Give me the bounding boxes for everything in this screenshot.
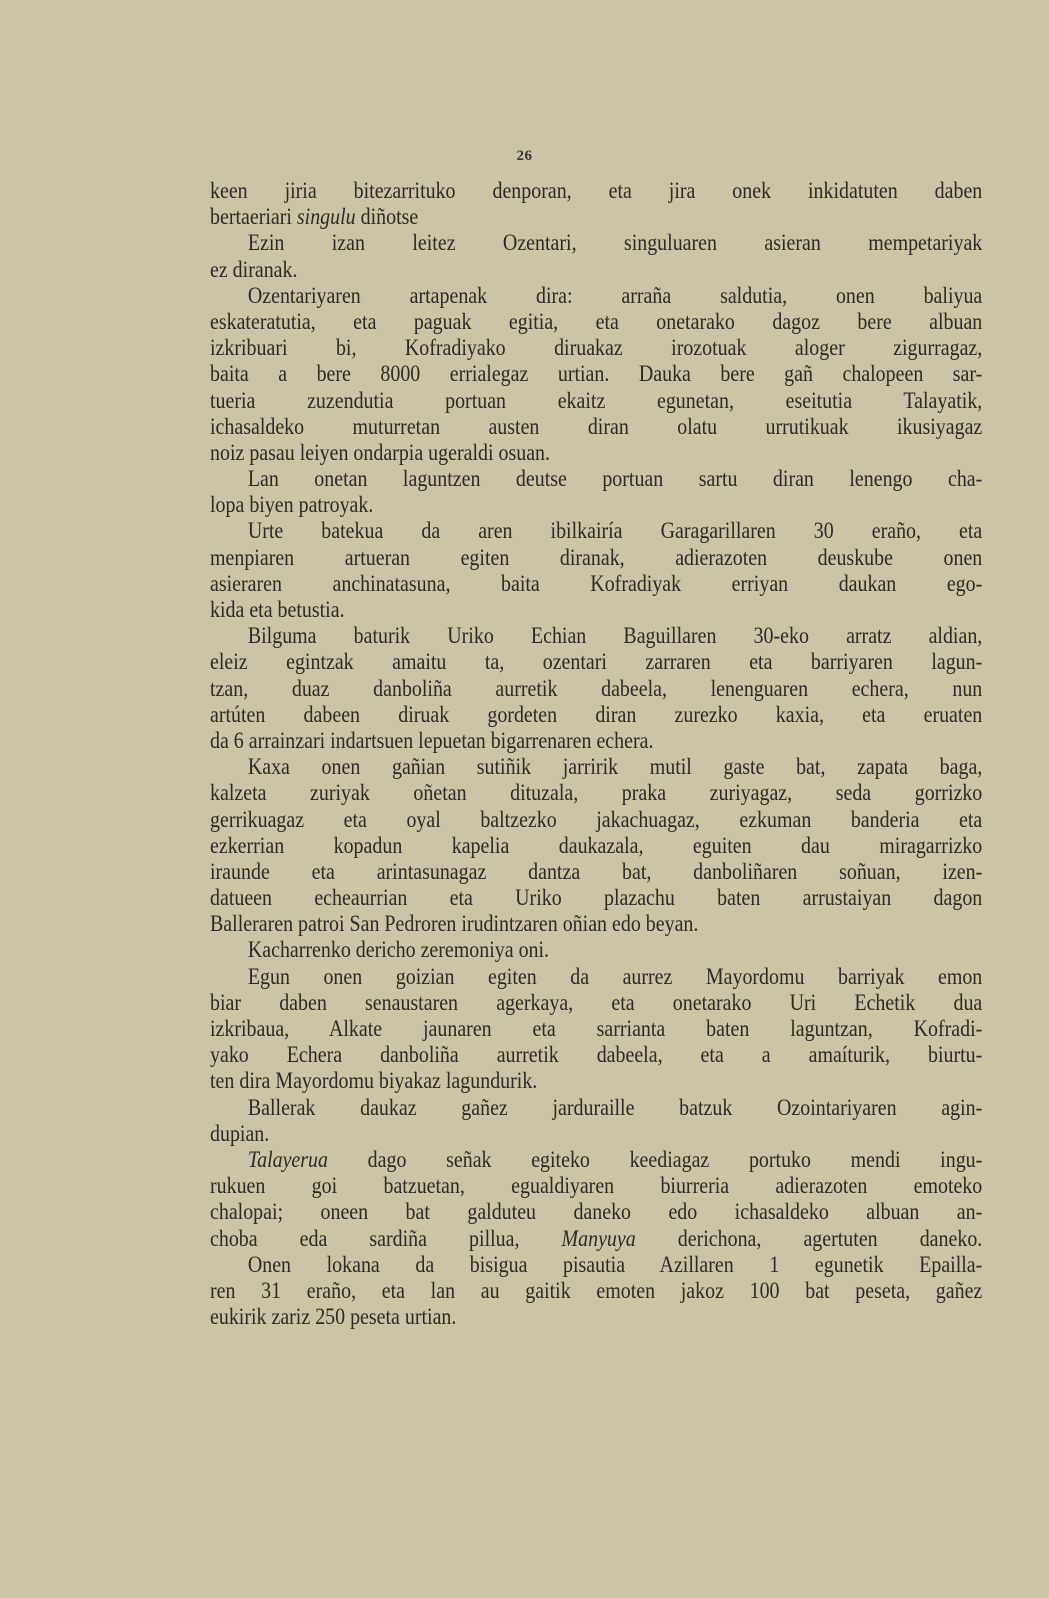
text-line: dupian. — [210, 1121, 982, 1147]
paragraph: Onen lokana da bisigua pisautia Azillare… — [210, 1252, 982, 1331]
italic-term: singulu — [297, 204, 356, 230]
text-line: ezkerrian kopadun kapelia daukazala, egu… — [210, 833, 982, 859]
text-line: bertaeriari singulu diñotse — [210, 204, 982, 230]
text-line: Ozentariyaren artapenak dira: arraña sal… — [210, 283, 982, 309]
text-line: Balleraren patroi San Pedroren irudintza… — [210, 911, 982, 937]
body-text: keen jiria bitezarrituko denporan, eta j… — [210, 178, 982, 1330]
text-line: ten dira Mayordomu biyakaz lagundurik. — [210, 1068, 982, 1094]
text-line: lopa biyen patroyak. — [210, 492, 982, 518]
text-line: ez diranak. — [210, 257, 982, 283]
text-line: biar daben senaustaren agerkaya, eta one… — [210, 990, 982, 1016]
paragraph: Urte batekua da aren ibilkairía Garagari… — [210, 518, 982, 623]
italic-term: Talayerua — [248, 1147, 328, 1173]
text-line: yako Echera danboliña aurretik dabeela, … — [210, 1042, 982, 1068]
text-run: bertaeriari — [210, 204, 297, 230]
text-line: Ballerak daukaz gañez jarduraille batzuk… — [210, 1095, 982, 1121]
paragraph: Ezin izan leitez Ozentari, singuluaren a… — [210, 230, 982, 282]
paragraph: keen jiria bitezarrituko denporan, eta j… — [210, 178, 982, 230]
text-line: choba eda sardiña pillua, Manyuya derich… — [210, 1226, 982, 1252]
text-line: keen jiria bitezarrituko denporan, eta j… — [210, 178, 982, 204]
text-line: eskateratutia, eta paguak egitia, eta on… — [210, 309, 982, 335]
paragraph: Kaxa onen gañian sutiñik jarririk mutil … — [210, 754, 982, 937]
text-line: Kacharrenko dericho zeremoniya oni. — [210, 937, 982, 963]
paragraph: Egun onen goizian egiten da aurrez Mayor… — [210, 964, 982, 1095]
paragraph: Talayerua dago señak egiteko keediagaz p… — [210, 1147, 982, 1252]
text-line: Kaxa onen gañian sutiñik jarririk mutil … — [210, 754, 982, 780]
text-line: eukirik zariz 250 peseta urtian. — [210, 1304, 982, 1330]
text-line: eleiz egintzak amaitu ta, ozentari zarra… — [210, 649, 982, 675]
text-line: da 6 arrainzari indartsuen lepuetan biga… — [210, 728, 982, 754]
text-line: noiz pasau leiyen ondarpia ugeraldi osua… — [210, 440, 982, 466]
page-number: 26 — [0, 148, 1049, 165]
text-line: datueen echeaurrian eta Uriko plazachu b… — [210, 885, 982, 911]
text-line: baita a bere 8000 errialegaz urtian. Dau… — [210, 361, 982, 387]
text-line: Bilguma baturik Uriko Echian Baguillaren… — [210, 623, 982, 649]
text-run: choba eda sardiña pillua, — [210, 1226, 562, 1252]
paragraph: Kacharrenko dericho zeremoniya oni. — [210, 937, 982, 963]
text-line: chalopai; oneen bat galduteu daneko edo … — [210, 1199, 982, 1225]
paragraph: Bilguma baturik Uriko Echian Baguillaren… — [210, 623, 982, 754]
text-line: asieraren anchinatasuna, baita Kofradiya… — [210, 571, 982, 597]
text-run: derichona, agertuten daneko. — [636, 1226, 983, 1252]
paragraph: Ballerak daukaz gañez jarduraille batzuk… — [210, 1095, 982, 1147]
text-line: ren 31 eraño, eta lan au gaitik emoten j… — [210, 1278, 982, 1304]
text-line: tzan, duaz danboliña aurretik dabeela, l… — [210, 676, 982, 702]
text-run: dago señak egiteko keediagaz portuko men… — [328, 1147, 982, 1173]
text-line: Onen lokana da bisigua pisautia Azillare… — [210, 1252, 982, 1278]
text-line: Talayerua dago señak egiteko keediagaz p… — [210, 1147, 982, 1173]
text-run: diñotse — [356, 204, 419, 230]
text-line: artúten dabeen diruak gordeten diran zur… — [210, 702, 982, 728]
text-line: menpiaren artueran egiten diranak, adier… — [210, 545, 982, 571]
text-line: izkribuari bi, Kofradiyako diruakaz iroz… — [210, 335, 982, 361]
text-line: gerrikuagaz eta oyal baltzezko jakachuag… — [210, 807, 982, 833]
text-line: Lan onetan laguntzen deutse portuan sart… — [210, 466, 982, 492]
italic-term: Manyuya — [562, 1226, 636, 1252]
text-line: tueria zuzendutia portuan ekaitz eguneta… — [210, 388, 982, 414]
paragraph: Ozentariyaren artapenak dira: arraña sal… — [210, 283, 982, 466]
text-line: kida eta betustia. — [210, 597, 982, 623]
text-line: Egun onen goizian egiten da aurrez Mayor… — [210, 964, 982, 990]
paragraph: Lan onetan laguntzen deutse portuan sart… — [210, 466, 982, 518]
text-line: kalzeta zuriyak oñetan dituzala, praka z… — [210, 780, 982, 806]
text-line: iraunde eta arintasunagaz dantza bat, da… — [210, 859, 982, 885]
text-line: rukuen goi batzuetan, egualdiyaren biurr… — [210, 1173, 982, 1199]
text-line: ichasaldeko muturretan austen diran olat… — [210, 414, 982, 440]
text-line: Ezin izan leitez Ozentari, singuluaren a… — [210, 230, 982, 256]
text-line: izkribaua, Alkate jaunaren eta sarrianta… — [210, 1016, 982, 1042]
text-line: Urte batekua da aren ibilkairía Garagari… — [210, 518, 982, 544]
